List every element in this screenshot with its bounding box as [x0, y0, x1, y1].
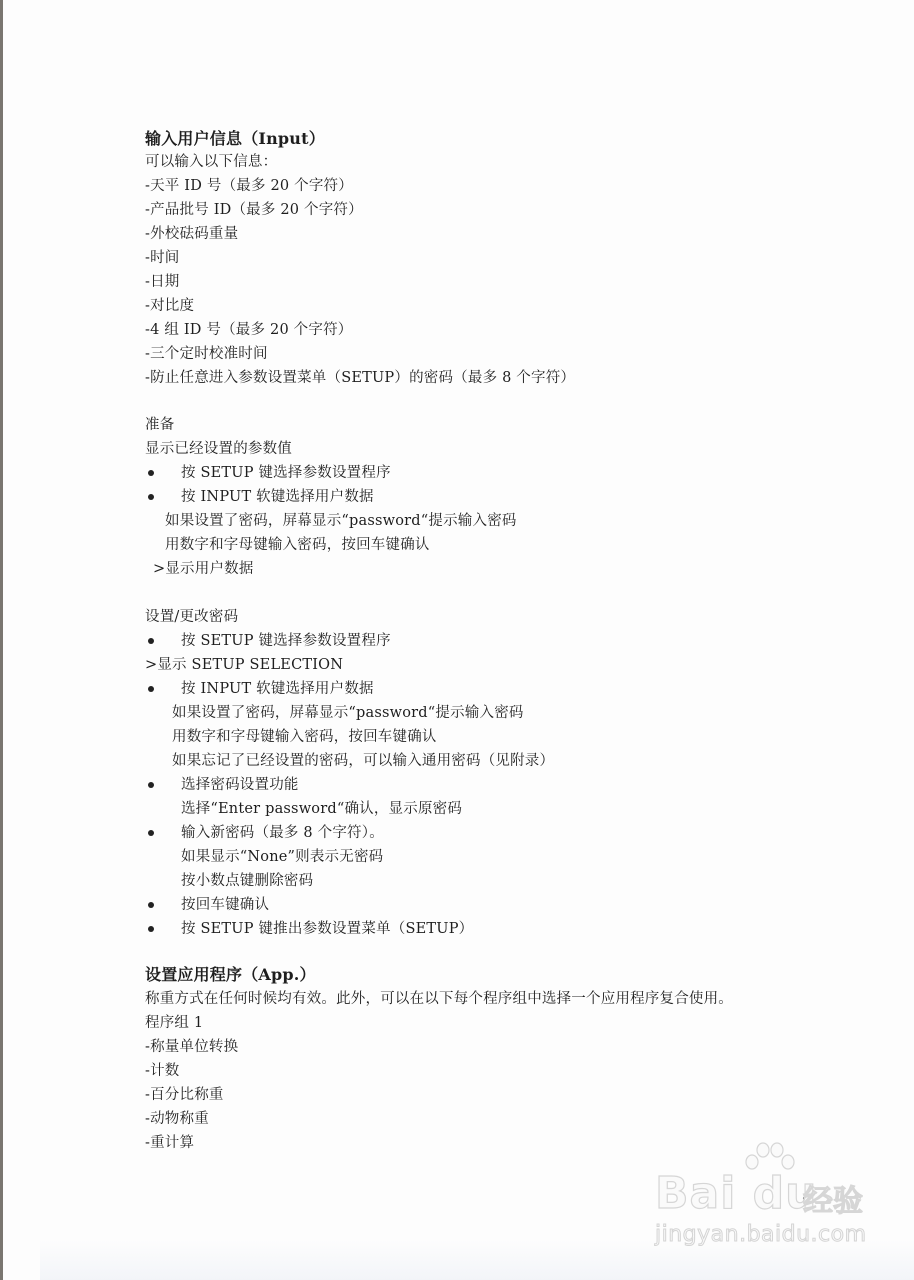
bullet-icon — [148, 782, 154, 788]
note-text: 按小数点键删除密码 — [181, 872, 313, 890]
intro-text: 称重方式在任何时候均有效。此外，可以在以下每个程序组中选择一个应用程序复合使用。 — [145, 990, 733, 1008]
list-item: -计数 — [145, 1062, 180, 1080]
list-item: -对比度 — [145, 297, 194, 315]
list-item: -天平 ID 号（最多 20 个字符） — [145, 177, 353, 195]
bullet-icon — [148, 470, 154, 476]
list-item: -重计算 — [145, 1134, 194, 1152]
list-item: -称量单位转换 — [145, 1038, 238, 1056]
section-heading-prepare: 准备 — [145, 416, 174, 434]
list-item: -外校砝码重量 — [145, 225, 238, 243]
intro-text: 显示已经设置的参数值 — [145, 440, 292, 458]
section-heading-password: 设置/更改密码 — [145, 608, 238, 626]
list-item: -日期 — [145, 273, 180, 291]
list-item: -时间 — [145, 249, 180, 267]
section-heading-app: 设置应用程序（App.） — [145, 966, 316, 984]
bullet-item: 按 INPUT 软键选择用户数据 — [181, 680, 374, 698]
watermark-logo: Bai du — [655, 1168, 817, 1219]
bullet-icon — [148, 494, 154, 500]
baidu-watermark: Bai du 经验 jingyan.baidu.com — [655, 1140, 905, 1250]
note-text: 选择“Enter password“确认，显示原密码 — [181, 800, 462, 818]
list-item: -动物称重 — [145, 1110, 209, 1128]
list-item: -三个定时校准时间 — [145, 345, 268, 363]
bullet-icon — [148, 830, 154, 836]
bullet-icon — [148, 902, 154, 908]
note-text: 如果设置了密码，屏幕显示“password“提示输入密码 — [165, 512, 517, 530]
note-text: 用数字和字母键输入密码，按回车键确认 — [165, 536, 430, 554]
group-label: 程序组 1 — [145, 1014, 203, 1032]
bullet-item: 按 SETUP 键选择参数设置程序 — [181, 632, 391, 650]
note-text: 用数字和字母键输入密码，按回车键确认 — [172, 728, 437, 746]
list-item: -防止任意进入参数设置菜单（SETUP）的密码（最多 8 个字符） — [145, 369, 575, 387]
bullet-item: 按 SETUP 键选择参数设置程序 — [181, 464, 391, 482]
note-text: 如果显示“None”则表示无密码 — [181, 848, 383, 866]
bullet-icon — [148, 686, 154, 692]
bullet-icon — [148, 638, 154, 644]
intro-text: 可以输入以下信息： — [145, 153, 277, 171]
bullet-item: 按 SETUP 键推出参数设置菜单（SETUP） — [181, 920, 473, 938]
bullet-item: 按 INPUT 软键选择用户数据 — [181, 488, 374, 506]
result-text: >显示用户数据 — [153, 560, 254, 578]
bullet-item: 选择密码设置功能 — [181, 776, 299, 794]
list-item: -百分比称重 — [145, 1086, 224, 1104]
watermark-logo-cn: 经验 — [803, 1176, 863, 1220]
result-text: >显示 SETUP SELECTION — [145, 656, 343, 674]
bullet-item: 输入新密码（最多 8 个字符）。 — [181, 824, 384, 842]
list-item: -产品批号 ID（最多 20 个字符） — [145, 201, 363, 219]
note-text: 如果设置了密码，屏幕显示“password“提示输入密码 — [172, 704, 524, 722]
bullet-item: 按回车键确认 — [181, 896, 269, 914]
watermark-url: jingyan.baidu.com — [655, 1222, 867, 1247]
section-heading-input: 输入用户信息（Input） — [145, 130, 325, 148]
document-page: 输入用户信息（Input） 可以输入以下信息： -天平 ID 号（最多 20 个… — [0, 0, 914, 1280]
bullet-icon — [148, 926, 154, 932]
list-item: -4 组 ID 号（最多 20 个字符） — [145, 321, 352, 339]
note-text: 如果忘记了已经设置的密码，可以输入通用密码（见附录） — [172, 752, 554, 770]
